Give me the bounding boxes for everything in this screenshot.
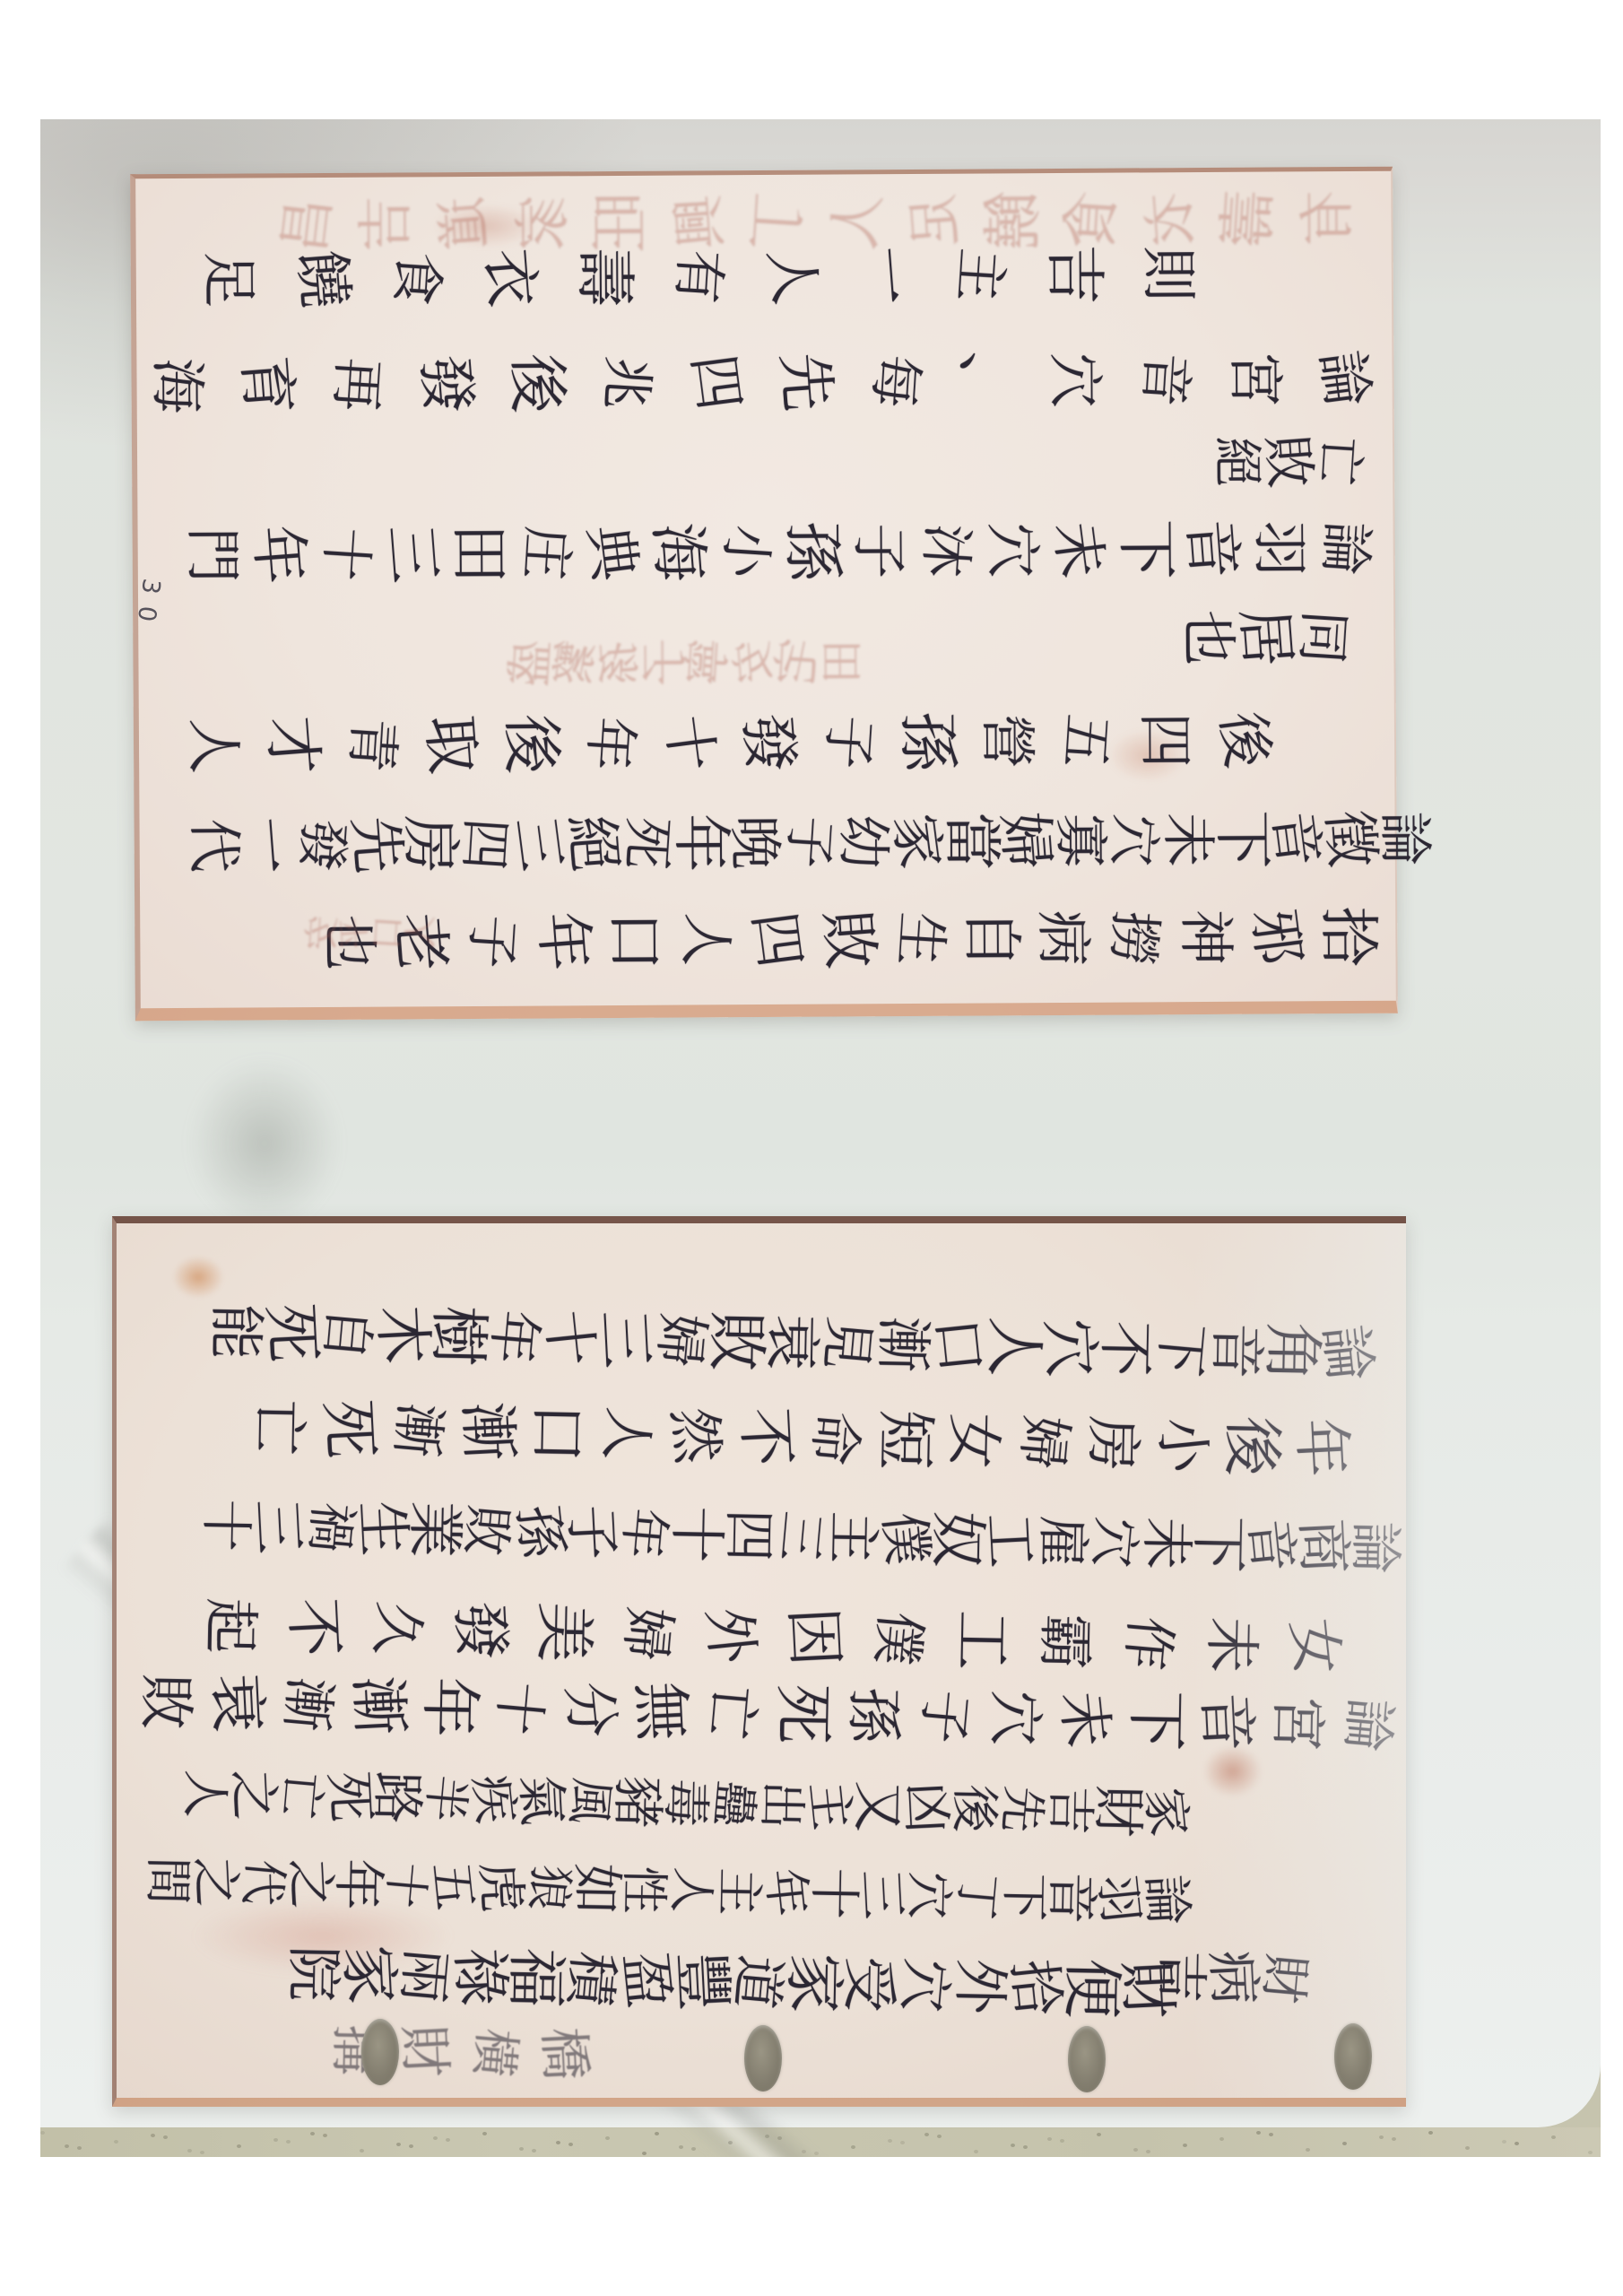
han-glyph: 口 [604, 910, 664, 970]
han-glyph: 年 [247, 523, 310, 586]
surface-speckle [187, 2149, 192, 2152]
han-glyph: 子 [820, 713, 876, 770]
han-glyph: 僕 [869, 1609, 927, 1667]
han-glyph: 也 [1180, 610, 1236, 665]
han-glyph: 財 [396, 2023, 452, 2079]
han-glyph: 穴 [1106, 813, 1161, 868]
han-glyph: 路 [371, 1770, 424, 1823]
han-glyph: 壽 [1218, 187, 1280, 249]
han-glyph: 丁 [951, 1872, 1001, 1921]
han-glyph: 如 [569, 1863, 621, 1915]
surface-speckle [924, 2133, 929, 2136]
han-glyph: 庄 [517, 524, 574, 580]
han-glyph: 道 [436, 195, 493, 252]
manuscript-row: 人才青取後年十發子孫營五四後 [186, 697, 1273, 788]
han-glyph: 財 [1116, 1959, 1177, 2020]
surface-speckle [888, 2139, 892, 2143]
han-glyph: 人 [597, 1405, 655, 1464]
han-glyph: 育 [236, 353, 299, 416]
han-glyph: 論 [1314, 347, 1376, 409]
surface-speckle [65, 2144, 69, 2148]
han-glyph: 年 [671, 813, 730, 873]
han-glyph: 後 [506, 353, 566, 413]
han-glyph: 穴 [896, 1956, 954, 2014]
han-glyph: 不 [1097, 1320, 1153, 1377]
surface-speckle [40, 2131, 45, 2135]
surface-speckle [1342, 2142, 1347, 2145]
surface-speckle [937, 2135, 942, 2138]
han-glyph: 衰 [763, 1313, 820, 1370]
han-glyph: 十 [317, 526, 374, 582]
han-glyph: 虎 [474, 1861, 526, 1913]
surface-speckle [900, 2141, 905, 2144]
surface-speckle [1515, 2142, 1519, 2145]
surface-speckle [1060, 2139, 1064, 2143]
surface-speckle [200, 2151, 204, 2154]
manuscript-row: 也老子年口人四敗生自病撈神邪拾 [321, 895, 1376, 984]
han-glyph: 敗 [817, 908, 880, 970]
han-glyph: 論 [1376, 812, 1431, 866]
han-glyph: 孫 [597, 639, 643, 685]
han-glyph: 生 [891, 910, 948, 967]
han-glyph: 絕 [1211, 437, 1261, 487]
han-glyph: 主 [714, 1868, 762, 1917]
han-glyph: 敗 [1259, 433, 1315, 490]
han-glyph: 晚 [727, 815, 782, 870]
han-glyph: 不 [283, 1596, 344, 1657]
han-glyph: 死 [317, 1398, 378, 1459]
surface-speckle [286, 2140, 291, 2144]
manuscript-row: 代一發先房四三絕死年晚子幼家當婦寡穴未下音徵論 [186, 796, 1372, 889]
surface-speckle [1502, 2140, 1506, 2144]
han-glyph: 雇 [1036, 1515, 1089, 1568]
surface-speckle [1023, 2145, 1028, 2149]
han-glyph: 外 [700, 1605, 761, 1665]
surface-speckle [310, 2132, 315, 2135]
han-glyph: 十 [490, 1680, 549, 1738]
han-glyph: 漸 [874, 1316, 931, 1372]
han-glyph: 人 [826, 190, 888, 252]
surface-speckle [237, 2144, 241, 2148]
han-glyph: 婦 [619, 1605, 677, 1663]
han-glyph: 四 [685, 352, 747, 413]
han-glyph: 典 [581, 521, 643, 583]
han-glyph: 年 [418, 1676, 479, 1737]
han-glyph: 安 [731, 639, 777, 685]
han-glyph: 凶 [899, 1781, 952, 1834]
han-glyph: 子 [464, 913, 520, 970]
manuscript-row: 人口平安 [312, 905, 438, 960]
han-glyph: 漸 [456, 1401, 517, 1462]
han-glyph: 出 [758, 1780, 807, 1830]
surface-speckle [396, 2143, 401, 2146]
surface-speckle [1183, 2144, 1187, 2147]
han-glyph: 死 [261, 1301, 322, 1362]
han-glyph: 後 [950, 1784, 999, 1833]
han-glyph: 家 [783, 1952, 844, 2013]
han-glyph: 先 [997, 1784, 1047, 1834]
han-glyph: 子 [781, 814, 837, 870]
manuscript-page-bottom: 能死自木樹年十三婦敗衰見漸口人穴不下音角論亡死漸漸口人然不命短女婦房小後年十三禍… [112, 1216, 1406, 2107]
han-glyph: 營 [978, 713, 1034, 769]
surface-speckle [1047, 2137, 1052, 2141]
han-glyph: 再 [328, 356, 385, 413]
han-glyph: 門 [185, 526, 240, 582]
han-glyph: 十 [658, 711, 720, 773]
han-glyph: 工 [950, 1609, 1011, 1670]
han-glyph: 橫 [467, 2026, 519, 2078]
surface-speckle [691, 2147, 696, 2151]
han-glyph: 久 [368, 1599, 426, 1657]
surface-speckle [1306, 2148, 1310, 2152]
han-glyph: 先 [775, 351, 838, 413]
han-glyph: 未 [1160, 813, 1215, 867]
han-glyph: 婦 [994, 811, 1055, 872]
surface-speckle [568, 2143, 573, 2146]
han-glyph: 人 [181, 1769, 230, 1818]
surface-speckle [1146, 2150, 1150, 2153]
han-glyph: 家 [515, 195, 570, 250]
han-glyph: 家 [1140, 1786, 1193, 1839]
han-glyph: 家 [338, 1944, 399, 2005]
han-glyph: 穴 [1087, 1515, 1141, 1570]
manuscript-row: 亡死漸漸口人然不命短女婦房小後年 [250, 1386, 1350, 1489]
han-glyph: 宮 [1227, 351, 1282, 406]
han-glyph: 拾 [1318, 906, 1378, 966]
han-glyph: 口 [526, 1402, 587, 1463]
surface-speckle [1011, 2144, 1015, 2147]
han-glyph: 下 [1125, 1690, 1186, 1751]
han-glyph: 漸 [389, 1401, 447, 1459]
surface-speckle [482, 2132, 487, 2135]
manuscript-row: 田宅安寧子孫繁盛 [515, 633, 864, 691]
han-glyph: 寡 [1052, 813, 1107, 868]
han-glyph: 亡 [250, 1399, 307, 1456]
han-glyph: 吉 [358, 196, 413, 251]
page-edge-fade [1191, 1223, 1406, 2098]
manuscript-row: 也居同 [1180, 602, 1350, 673]
han-glyph: 子 [915, 1688, 973, 1746]
manuscript-page-top: 足饒食衣壽有人一主吉則海育再發後兆四先每、穴音宮論絕敗亡門年十三田庄典海小孫子沐… [130, 167, 1398, 1022]
han-glyph: 美 [534, 1601, 595, 1662]
han-glyph: 足 [907, 192, 964, 249]
han-glyph: 音 [1181, 517, 1244, 580]
han-glyph: 年 [582, 715, 638, 771]
han-glyph: 孫 [897, 711, 957, 771]
han-glyph: 亡 [703, 1683, 761, 1742]
manuscript-row: 有壽衣食饒足人丁興旺家道吉昌 [279, 182, 1355, 260]
manuscript-row: 間之代之年十五虎狼如性人主年十三穴丁下音羽論 [143, 1839, 1141, 1941]
surface-speckle [556, 2141, 560, 2144]
han-glyph: 同 [1295, 609, 1351, 665]
han-glyph: 海 [149, 358, 204, 413]
han-glyph: 穴 [986, 1690, 1043, 1746]
han-glyph: 年 [532, 909, 595, 972]
manuscript-row: 海育再發後兆四先每、穴音宮論 [149, 337, 1373, 427]
han-glyph: 下 [1115, 518, 1176, 578]
han-glyph: 田 [448, 523, 508, 583]
surface-speckle [1133, 2148, 1138, 2152]
manuscript-row: 能死自木樹年十三婦敗衰見漸口人穴不下音角論 [207, 1288, 1357, 1396]
han-glyph: 徵 [1319, 809, 1380, 870]
table-surface-strip [40, 2127, 1601, 2157]
han-glyph: 神 [1177, 909, 1233, 965]
han-glyph: 有 [1299, 190, 1355, 246]
han-glyph: 昌 [276, 194, 338, 256]
han-glyph: 口 [370, 914, 407, 951]
han-glyph: 主 [826, 1510, 879, 1563]
surface-speckle [1379, 2135, 1384, 2139]
manuscript-row: 院家兩祿福積盈豐道家受穴外拾便財 [284, 1932, 1140, 2031]
han-glyph: 女 [945, 1413, 1002, 1469]
manuscript-row: 人之亡死路半疾氣風豬毒蠱出主又凶後先吉財家 [180, 1751, 1143, 1855]
han-glyph: 興 [671, 193, 728, 250]
surface-speckle [851, 2145, 855, 2149]
han-glyph: 青 [343, 717, 400, 773]
han-glyph: 敗 [137, 1674, 194, 1730]
han-glyph: 孫 [782, 520, 842, 580]
han-glyph: 穴 [985, 522, 1040, 578]
han-glyph: 小 [717, 523, 774, 579]
han-glyph: 自 [961, 909, 1021, 969]
han-glyph: 穴 [1047, 352, 1103, 408]
han-glyph: 宅 [773, 637, 822, 686]
han-glyph: 三 [595, 1308, 655, 1369]
han-glyph: 福 [505, 1947, 566, 2008]
han-glyph: 十 [667, 1506, 725, 1563]
surface-speckle [163, 2135, 168, 2139]
han-glyph: 工 [981, 1511, 1038, 1569]
surface-speckle [1465, 2146, 1470, 2150]
han-glyph: 邪 [1245, 906, 1307, 968]
page1-rows: 足饒食衣壽有人一主吉則海育再發後兆四先每、穴音宮論絕敗亡門年十三田庄典海小孫子沐… [135, 171, 1396, 1009]
han-glyph: 發 [450, 1599, 511, 1660]
han-glyph: 五 [1057, 712, 1114, 769]
han-glyph: 孫 [845, 1687, 901, 1744]
han-glyph: 間 [143, 1857, 192, 1905]
han-glyph: 死 [772, 1683, 833, 1744]
han-glyph: 霸 [1037, 1613, 1093, 1669]
han-glyph: 取 [420, 713, 482, 776]
surface-speckle [642, 2152, 647, 2155]
han-glyph: 亡 [1314, 436, 1365, 487]
han-glyph: 絕 [561, 813, 622, 874]
han-glyph: 年 [332, 1858, 384, 1910]
surface-speckle [433, 2136, 438, 2140]
surface-speckle [77, 2146, 82, 2150]
han-glyph: 無 [630, 1681, 691, 1742]
surface-speckle [1256, 2131, 1261, 2135]
han-glyph: 發 [737, 711, 800, 774]
surface-speckle [605, 2136, 610, 2140]
surface-speckle [151, 2134, 155, 2137]
surface-speckle [409, 2144, 413, 2148]
surface-speckle [974, 2150, 978, 2153]
han-glyph: 論 [1317, 519, 1374, 576]
han-glyph: 短 [873, 1409, 934, 1470]
gap-shadow [188, 1058, 341, 1229]
han-glyph: 論 [1141, 1874, 1193, 1926]
han-glyph: 漸 [347, 1675, 408, 1736]
han-glyph: 毒 [661, 1779, 710, 1828]
han-glyph: 然 [665, 1405, 726, 1466]
manuscript-row: 十三禍生業敗孫子年十四三主僕奴工雇穴未下音商論 [199, 1480, 1346, 1591]
han-glyph: 丁 [747, 190, 809, 252]
han-glyph: 見 [819, 1314, 877, 1372]
han-glyph: 漸 [278, 1675, 336, 1734]
han-glyph: 之 [189, 1856, 241, 1908]
han-glyph: 分 [560, 1679, 621, 1740]
han-glyph: 人 [678, 912, 734, 969]
surface-speckle [1219, 2137, 1224, 2141]
surface-speckle [1097, 2133, 1101, 2136]
surface-speckle [1392, 2137, 1396, 2141]
han-glyph: 豬 [612, 1775, 664, 1828]
han-glyph: 衰 [206, 1673, 267, 1734]
han-glyph: 人 [666, 1866, 716, 1916]
han-glyph: 未 [1055, 1689, 1115, 1750]
backing-sheet: 足饒食衣壽有人一主吉則海育再發後兆四先每、穴音宮論絕敗亡門年十三田庄典海小孫子沐… [40, 119, 1601, 2127]
han-glyph: 撈 [1106, 909, 1162, 966]
han-glyph: 豐 [672, 1951, 733, 2012]
han-glyph: 、 [955, 351, 1015, 411]
han-glyph: 不 [734, 1406, 795, 1467]
punch-hole [1068, 2026, 1106, 2092]
punch-hole [744, 2025, 782, 2092]
han-glyph: 三 [855, 1868, 907, 1920]
han-glyph: 因 [784, 1605, 845, 1666]
han-glyph: 一 [237, 815, 298, 876]
han-glyph: 房 [400, 815, 459, 874]
surface-speckle [1269, 2133, 1273, 2136]
han-glyph: 海 [647, 520, 710, 583]
han-glyph: 性 [619, 1865, 667, 1914]
han-glyph: 食 [1061, 188, 1123, 250]
surface-speckle [114, 2140, 118, 2144]
surface-speckle [1588, 2151, 1593, 2154]
han-glyph: 起 [202, 1597, 258, 1654]
surface-speckle [519, 2147, 524, 2151]
surface-speckle [323, 2134, 327, 2137]
han-glyph: 三 [774, 1509, 829, 1563]
surface-speckle [532, 2149, 536, 2152]
han-glyph: 未 [1047, 518, 1109, 580]
han-glyph: 作 [1119, 1613, 1177, 1672]
han-glyph: 子 [851, 523, 907, 578]
han-glyph: 沐 [917, 522, 974, 578]
photograph: 足饒食衣壽有人一主吉則海育再發後兆四先每、穴音宮論絕敗亡門年十三田庄典海小孫子沐… [40, 119, 1601, 2157]
han-glyph: 三 [381, 522, 444, 585]
han-glyph: 盛 [507, 639, 556, 688]
punch-hole [1334, 2023, 1372, 2090]
han-glyph: 人 [404, 916, 438, 949]
han-glyph: 四 [722, 1509, 775, 1561]
han-glyph: 橋 [536, 2026, 592, 2082]
screenshot-root: { "page_number": "30", "colors": { "ink"… [0, 0, 1623, 2296]
han-glyph: 命 [806, 1409, 864, 1467]
han-glyph: 子 [640, 639, 689, 687]
han-glyph: 居 [1234, 606, 1297, 669]
han-glyph: 穴 [904, 1872, 952, 1920]
han-glyph: 羽 [1251, 520, 1306, 576]
manuscript-row: 絕敗亡 [1211, 430, 1364, 493]
surface-speckle [655, 2132, 659, 2135]
han-glyph: 三 [249, 1498, 307, 1555]
han-glyph: 音 [1137, 352, 1193, 408]
han-glyph: 病 [1035, 910, 1090, 966]
han-glyph: 每 [867, 352, 924, 409]
han-glyph: 穴 [1039, 1317, 1100, 1378]
han-glyph: 房 [1085, 1415, 1141, 1472]
han-glyph: 人 [186, 717, 241, 773]
manuscript-row: 門年十三田庄典海小孫子沐穴未下音羽論 [184, 505, 1374, 597]
surface-speckle [360, 2149, 364, 2152]
punch-hole [361, 2019, 399, 2085]
han-glyph: 旺 [591, 192, 651, 252]
han-glyph: 婦 [1014, 1413, 1072, 1472]
han-glyph: 足 [201, 251, 256, 307]
han-glyph: 安 [304, 915, 341, 952]
han-glyph: 後 [500, 713, 560, 773]
han-glyph: 發 [415, 352, 478, 415]
han-glyph: 外 [952, 1958, 1009, 2014]
han-glyph: 兆 [598, 354, 655, 411]
han-glyph: 樹 [428, 1305, 489, 1366]
han-glyph: 敗 [706, 1310, 767, 1371]
surface-speckle [679, 2145, 683, 2149]
han-glyph: 平 [338, 916, 372, 950]
han-glyph: 才 [262, 714, 325, 777]
surface-speckle [446, 2138, 450, 2142]
han-glyph: 四 [1137, 712, 1193, 768]
han-glyph: 氣 [515, 1773, 568, 1826]
surface-speckle [1551, 2135, 1556, 2139]
han-glyph: 衣 [1141, 190, 1199, 248]
surface-speckle [1428, 2131, 1433, 2135]
han-glyph: 田 [820, 639, 865, 684]
han-glyph: 蠱 [708, 1779, 759, 1829]
han-glyph: 受 [841, 1956, 898, 2013]
han-glyph: 饒 [984, 190, 1044, 250]
han-glyph: 後 [1213, 709, 1275, 770]
han-glyph: 四 [746, 909, 808, 970]
surface-speckle [273, 2138, 278, 2142]
